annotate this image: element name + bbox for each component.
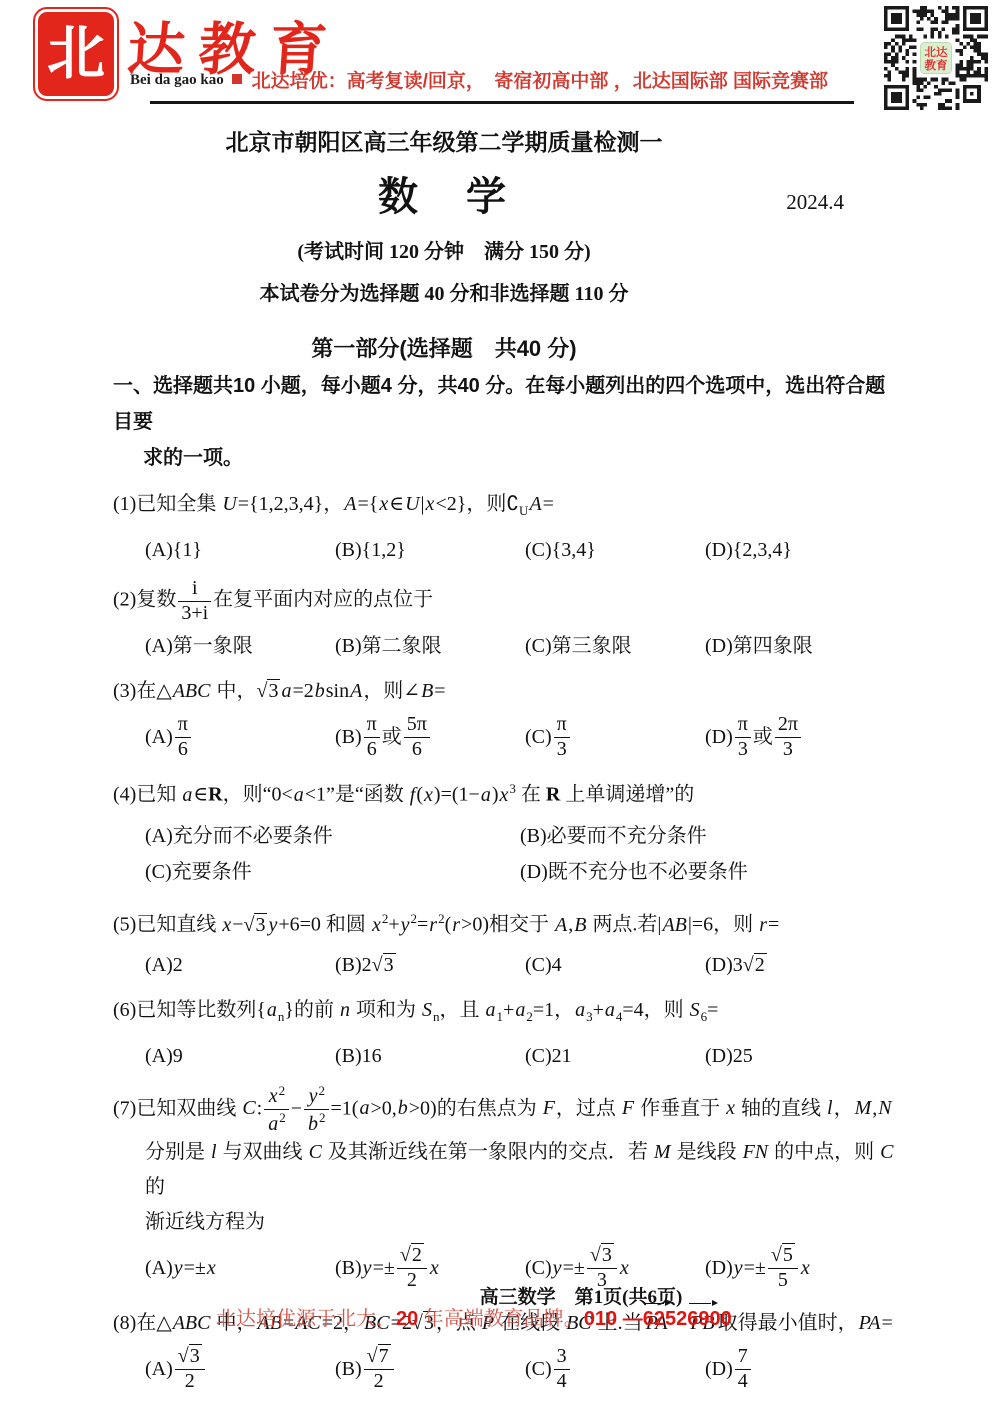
section-heading: 第一部分(选择题 共40 分) <box>0 332 888 363</box>
option: (B)第二象限 <box>335 629 525 663</box>
option: (D)74 <box>705 1346 900 1392</box>
option: (C)21 <box>525 1039 705 1073</box>
question-stem: (5)已知直线 x−√3y+6=0 和圆 x2+y2=r2(r>0)相交于 A,… <box>113 901 900 943</box>
logo-subtitle: Bei da gao kao <box>130 72 242 89</box>
subject-title: 数 学 <box>378 175 510 219</box>
exam-page: 北 达教育 Bei da gao kao 北达培优：高考复读/回京， 寄宿初高中… <box>0 0 992 1403</box>
question-stem: (6)已知等比数列{an}的前 n 项和为 Sn，且 a1+a2=1，a3+a4… <box>113 993 900 1034</box>
question: (5)已知直线 x−√3y+6=0 和圆 x2+y2=r2(r>0)相交于 A,… <box>113 901 900 982</box>
option: (B)π6或5π6 <box>335 714 525 760</box>
option: (D)3√2 <box>705 948 900 982</box>
option: (C)第三象限 <box>525 629 705 663</box>
option: (C){3,4} <box>525 533 705 567</box>
options-row: (A)√32(B)√72(C)34(D)74 <box>113 1346 900 1392</box>
question: (1)已知全集 U={1,2,3,4}，A={x∈U|x<2}，则∁UA=(A)… <box>113 487 900 567</box>
questions-list: (1)已知全集 U={1,2,3,4}，A={x∈U|x<2}，则∁UA=(A)… <box>113 487 900 1393</box>
instructions-line1: 一、选择题共10 小题，每小题4 分，共40 分。在每小题列出的四个选项中，选出… <box>113 368 900 440</box>
qr-code: 北达 教育 <box>884 6 988 110</box>
option: (C)π3 <box>525 714 705 760</box>
options-row: (A)9(B)16(C)21(D)25 <box>113 1039 900 1073</box>
subject-row: 数 学 2024.4 <box>0 165 888 217</box>
logo-seal-char: 北 <box>47 25 105 83</box>
option: (A)充分而不必要条件 <box>145 818 520 854</box>
header-rule <box>150 101 854 104</box>
option: (B){1,2} <box>335 533 525 567</box>
footer-ad: 北达培优源于北大，20 年高端教育品牌。010 —62526900 <box>216 1302 732 1331</box>
footer-ad-part2: 20 <box>396 1308 418 1330</box>
option: (A)y=±x <box>145 1251 335 1285</box>
option: (A)2 <box>145 948 335 982</box>
question-stem: (7)已知双曲线 C:x2a2−y2b2=1(a>0,b>0)的右焦点为 F，过… <box>113 1084 900 1136</box>
option: (B)2√3 <box>335 948 525 982</box>
question: (3)在△ABC 中，√3a=2bsinA，则∠B=(A)π6(B)π6或5π6… <box>113 674 900 760</box>
question-stem: 渐近线方程为 <box>113 1205 900 1240</box>
instructions: 一、选择题共10 小题，每小题4 分，共40 分。在每小题列出的四个选项中，选出… <box>113 368 900 476</box>
question: (4)已知 a∈R，则“0<a<1”是“函数 f(x)=(1−a)x3 在 R … <box>113 771 900 890</box>
option: (D){2,3,4} <box>705 533 900 567</box>
option: (A)9 <box>145 1039 335 1073</box>
options-row: (A)第一象限(B)第二象限(C)第三象限(D)第四象限 <box>113 629 900 663</box>
option: (A)√32 <box>145 1346 335 1392</box>
footer-ad-part3: 年高端教育品牌。 <box>418 1308 584 1330</box>
footer-ad-phone: 010 —62526900 <box>584 1308 732 1330</box>
header-tagline: 北达培优：高考复读/回京， 寄宿初高中部 ，北达国际部 国际竞赛部 <box>252 66 828 93</box>
footer-ad-part1: 北达培优源于北大， <box>216 1308 396 1330</box>
instructions-line2: 求的一项。 <box>113 440 900 476</box>
option: (B)必要而不充分条件 <box>520 818 895 854</box>
qr-label-line2: 教育 <box>925 58 948 72</box>
main-content: 一、选择题共10 小题，每小题4 分，共40 分。在每小题列出的四个选项中，选出… <box>113 368 900 1393</box>
question: (7)已知双曲线 C:x2a2−y2b2=1(a>0,b>0)的右焦点为 F，过… <box>113 1084 900 1292</box>
exam-structure: 本试卷分为选择题 40 分和非选择题 110 分 <box>0 277 888 306</box>
qr-label-line1: 北达 <box>925 45 948 59</box>
logo-seal: 北 <box>38 12 114 96</box>
option: (A){1} <box>145 533 335 567</box>
option: (D)π3或2π3 <box>705 714 900 760</box>
logo-red-square <box>232 74 242 84</box>
option: (B)√72 <box>335 1346 525 1392</box>
exam-date: 2024.4 <box>786 190 844 215</box>
options-row: (A)充分而不必要条件(B)必要而不充分条件(C)充要条件(D)既不充分也不必要… <box>113 818 900 890</box>
option: (A)第一象限 <box>145 629 335 663</box>
question-stem: (1)已知全集 U={1,2,3,4}，A={x∈U|x<2}，则∁UA= <box>113 487 900 528</box>
option: (C)充要条件 <box>145 854 520 890</box>
question-stem: (2)复数i3+i在复平面内对应的点位于 <box>113 578 900 624</box>
question-stem: (4)已知 a∈R，则“0<a<1”是“函数 f(x)=(1−a)x3 在 R … <box>113 771 900 813</box>
options-row: (A){1}(B){1,2}(C){3,4}(D){2,3,4} <box>113 533 900 567</box>
exam-duration: (考试时间 120 分钟 满分 150 分) <box>0 235 888 264</box>
option: (C)4 <box>525 948 705 982</box>
options-row: (A)2(B)2√3(C)4(D)3√2 <box>113 948 900 982</box>
question-stem: (3)在△ABC 中，√3a=2bsinA，则∠B= <box>113 674 900 709</box>
option: (D)既不充分也不必要条件 <box>520 854 895 890</box>
options-row: (A)π6(B)π6或5π6(C)π3(D)π3或2π3 <box>113 714 900 760</box>
header: 北 达教育 Bei da gao kao 北达培优：高考复读/回京， 寄宿初高中… <box>0 0 992 118</box>
option: (B)16 <box>335 1039 525 1073</box>
option: (D)第四象限 <box>705 629 900 663</box>
option: (C)34 <box>525 1346 705 1392</box>
question: (2)复数i3+i在复平面内对应的点位于(A)第一象限(B)第二象限(C)第三象… <box>113 578 900 663</box>
option: (A)π6 <box>145 714 335 760</box>
question: (6)已知等比数列{an}的前 n 项和为 Sn，且 a1+a2=1，a3+a4… <box>113 993 900 1073</box>
question-stem: 分别是 l 与双曲线 C 及其渐近线在第一象限内的交点．若 M 是线段 FN 的… <box>113 1135 900 1205</box>
title-block: 北京市朝阳区高三年级第二学期质量检测一 数 学 2024.4 (考试时间 120… <box>0 118 888 363</box>
option: (D)25 <box>705 1039 900 1073</box>
exam-title: 北京市朝阳区高三年级第二学期质量检测一 <box>0 124 888 157</box>
